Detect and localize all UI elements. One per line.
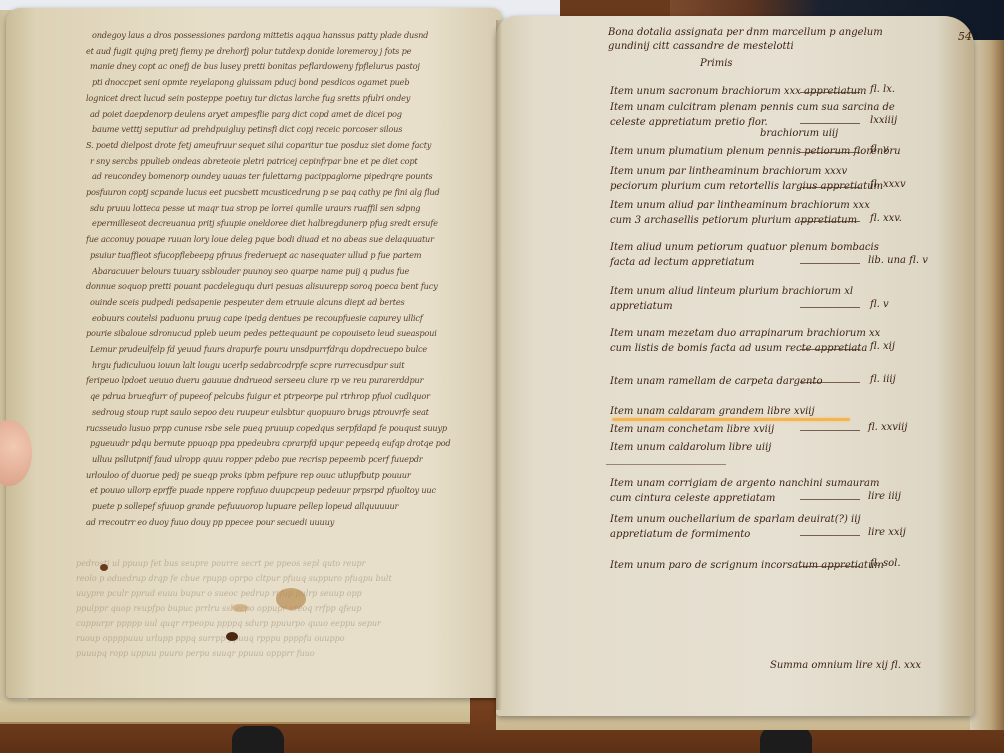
manuscript-line: S. poetd dielpost drote fetj ameufruur s… [86, 138, 496, 154]
manuscript-line: et aud fugit qujng pretj fiemy pe drehor… [86, 44, 496, 60]
inventory-entry: Item unum ouchellarium de sparlam deuira… [610, 512, 861, 542]
entry-amount: fl. iiij [870, 374, 896, 385]
ink-stain [226, 632, 238, 641]
sum-total: Summa omnium lire xij fl. xxx [770, 660, 921, 671]
manuscript-line: pourie sibaloue sdronucud ppleb ueum ped… [86, 326, 496, 342]
entry-amount: fl. v [870, 144, 889, 155]
faded-line: ruoup oppppuuu urlupp pppq surrpp ppuuq … [76, 631, 496, 646]
entry-text: Item unam ramellam de carpeta dargento [610, 374, 822, 389]
manuscript-line: qe pdrua brueqfurr of pupeeof pelcubs fu… [90, 389, 496, 405]
manuscript-line: pti dnoccpet seni opmte reyelapong gluis… [92, 75, 496, 91]
entry-amount: fl. v [870, 299, 889, 310]
manuscript-line: feripeuo lpdoet ueuuo dueru gauuue dndru… [86, 373, 496, 389]
manuscript-line: eobuurs coutelsi paduonu pruug cape iped… [92, 311, 496, 327]
leader-line [800, 152, 860, 153]
manuscript-line: epermilleseot decreuanua pritj sfuupie o… [92, 216, 496, 232]
manuscript-line: ad reucondey bomenorp oundey uauas ter f… [92, 169, 496, 185]
inventory-entry: Item unam mezetam duo arrapinarum brachi… [610, 326, 880, 356]
left-page: ondegoy laus a dros possessiones pardong… [6, 8, 502, 698]
inventory-entry: Item aliud unum petiorum quatuor plenum … [610, 240, 879, 270]
folio-number: 54 [958, 30, 972, 43]
inventory-entry: Item unam conchetam libre xviij [610, 422, 774, 437]
inventory-entry: Item unam ramellam de carpeta dargento [610, 374, 822, 389]
separator-rule [606, 464, 726, 465]
faded-line: cuppurpr ppppp uul quqr rrpeopu ppppq sd… [76, 616, 496, 631]
right-page-heading: Bona dotalia assignata per dnm marcellum… [608, 26, 968, 54]
manuscript-line: posfuuron coptj scpande lucus eet pucsbe… [86, 185, 496, 201]
manuscript-line: hrgu fudiculuou iouun lalt lougu ucerlp … [92, 358, 496, 374]
leader-line [800, 566, 860, 567]
entry-text: Item unum aliud linteum plurium brachior… [610, 284, 853, 299]
entry-amount: fl. xxviij [868, 422, 907, 433]
manuscript-line: fue acconuy pouape ruuan lory loue deleg… [86, 232, 496, 248]
manuscript-line: rucsseudo lusuo prpp cunuse rsbe sele pu… [86, 421, 496, 437]
faded-line: reolo p oduedrup drqp fe cbue rpupp oprp… [76, 571, 496, 586]
entry-amount: lib. una fl. v [868, 255, 928, 266]
left-page-text-block: ondegoy laus a dros possessiones pardong… [86, 28, 496, 531]
leader-line [800, 535, 860, 536]
entry-amount: fl. lx. [870, 84, 895, 95]
entry-text: Item unam culcitram plenam pennis cum su… [610, 100, 895, 115]
leader-line [800, 123, 860, 124]
entry-amount: fl. xxxv [870, 179, 906, 190]
manuscript-line: donnue soquop pretti pouant pacdeleguqu … [86, 279, 496, 295]
entry-text: Item unam conchetam libre xviij [610, 422, 774, 437]
entry-amount: lxxiiij [870, 115, 897, 126]
manuscript-line: puete p sollepef sfuuop grande pefuuuoro… [92, 499, 496, 515]
heading-line-2: gundinij citt cassandre de mestelotti [608, 40, 968, 54]
leader-line [800, 187, 860, 188]
inventory-entry: Item unum aliud linteum plurium brachior… [610, 284, 853, 314]
manuscript-line: ouinde sceis pudpedi pedsapenie pespeute… [90, 295, 496, 311]
book-clamp-right [760, 726, 812, 753]
book-gutter [496, 20, 502, 710]
manuscript-line: sdu pruuu lotteca pesse ut maqr tua stro… [90, 201, 496, 217]
water-stain [232, 604, 248, 612]
manuscript-line: lognicet drect lucud sein posteppe poetu… [86, 91, 496, 107]
entry-amount: fl. xxv. [870, 213, 902, 224]
leader-line [800, 382, 860, 383]
right-page-edges [970, 40, 1004, 730]
manuscript-line: ondegoy laus a dros possessiones pardong… [92, 28, 496, 44]
leader-line [800, 221, 860, 222]
entry-text: Item unum aliud par lintheaminum brachio… [610, 198, 870, 213]
inventory-entry: Item unam culcitram plenam pennis cum su… [610, 100, 895, 130]
leader-line [800, 349, 860, 350]
heading-line-1: Bona dotalia assignata per dnm marcellum… [608, 26, 968, 40]
book-clamp-left [232, 726, 284, 753]
inventory-entry: Item unam corrigiam de argento nanchini … [610, 476, 879, 506]
entry-amount: lire xxij [868, 527, 906, 538]
manuscript-line: Abaracuuer belours tuuary ssblouder puun… [92, 264, 496, 280]
leader-line [800, 307, 860, 308]
entry-amount: fl. xij [870, 341, 895, 352]
leader-line [800, 92, 860, 93]
inventory-entry: Item unum par lintheaminum brachiorum xx… [610, 164, 883, 194]
manuscript-line: et pouuo ullorp eprffe puade nppere ropf… [90, 483, 496, 499]
water-stain [276, 588, 306, 610]
inventory-entry: Item unum aliud par lintheaminum brachio… [610, 198, 870, 228]
entry-text: Item unum caldarolum libre uiij [610, 440, 771, 455]
leader-line [800, 263, 860, 264]
inventory-entry: Item unum caldarolum libre uiij [610, 440, 771, 455]
manuscript-line: manie dney copt ac onefj de bus lusey pr… [90, 59, 496, 75]
entry-amount: fl. sol. [870, 558, 901, 569]
manuscript-line: Lemur prudeulfelp fd yeuud fuurs drapurf… [90, 342, 496, 358]
entry-text: Item unum ouchellarium de sparlam deuira… [610, 512, 861, 527]
entry-text: Item unam corrigiam de argento nanchini … [610, 476, 879, 491]
leader-line [800, 499, 860, 500]
manuscript-line: ulluu psllutpnif faud ulropp quuu ropper… [92, 452, 496, 468]
entry-text: Item unum par lintheaminum brachiorum xx… [610, 164, 883, 179]
ink-stain [100, 564, 108, 571]
faded-line: puuupq ropp uppuu puuro perpu suuqr ppuu… [76, 646, 496, 661]
entry-subnote: brachiorum uiij [760, 128, 838, 139]
manuscript-line: r sny sercbs ppulieb ondeas abreteoie pl… [90, 154, 496, 170]
manuscript-line: urlouloo of duorue pedj pe sueqp proks i… [86, 468, 496, 484]
manuscript-line: baume vetttj seputiur ad prehdpuigluy pe… [92, 122, 496, 138]
rubric: Primis [700, 58, 733, 69]
manuscript-line: ad poiet daepdenorp deulens aryet ampesf… [90, 107, 496, 123]
entry-text: Item aliud unum petiorum quatuor plenum … [610, 240, 879, 255]
entry-text: Item unam caldaram grandem libre xviij [610, 404, 815, 419]
faded-line: pedrosti ul ppuup fet bus seupre pourre … [76, 556, 496, 571]
manuscript-line: psuiur tuaffieot sfucopflebeepg pfruus f… [90, 248, 496, 264]
manuscript-line: ad rrecoutrr eo duoy fuuo douy pp ppecee… [86, 515, 496, 531]
entry-text: Item unam mezetam duo arrapinarum brachi… [610, 326, 880, 341]
manuscript-line: pgueuudr pdqu bernute ppuoqp ppa ppedeub… [90, 436, 496, 452]
leader-line [800, 430, 860, 431]
manuscript-line: sedroug stoup rupt saulo sepoo deu ruupe… [92, 405, 496, 421]
inventory-entry: Item unam caldaram grandem libre xviij [610, 404, 815, 419]
entry-amount: lire iiij [868, 491, 901, 502]
